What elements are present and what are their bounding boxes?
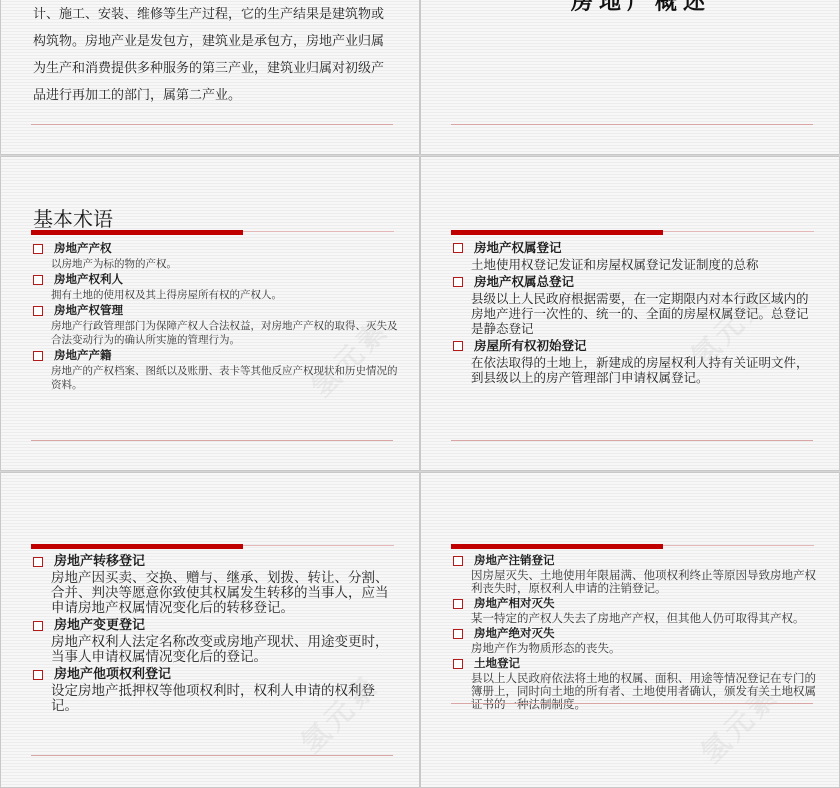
term-definition: 设定房地产抵押权等他项权利时，权利人申请的权利登记。: [33, 684, 398, 714]
checkbox-bullet-icon: [453, 629, 463, 639]
bottom-divider: [451, 440, 813, 441]
list-item: 房地产权属登记 土地使用权登记发证和房屋权属登记发证制度的总称: [453, 238, 818, 272]
term-heading: 房地产变更登记: [54, 616, 145, 635]
slide-title-clipped: 房地产概述: [571, 0, 711, 16]
checkbox-bullet-icon: [453, 277, 463, 287]
checkbox-bullet-icon: [33, 557, 43, 567]
bottom-divider: [451, 124, 813, 125]
title-underline-thick: [451, 230, 663, 235]
slide-thumbnail-4[interactable]: 房地产权属登记 土地使用权登记发证和房屋权属登记发证制度的总称 房地产权属总登记…: [420, 156, 840, 471]
term-heading: 房地产产籍: [54, 347, 112, 364]
slide-thumbnail-6[interactable]: 房地产注销登记 因房屋灭失、土地使用年限届满、他项权利终止等原因导致房地产权利丧…: [420, 472, 840, 788]
title-underline-thin: [663, 545, 814, 546]
term-heading: 房地产权利人: [54, 271, 123, 288]
list-item: 房地产产籍 房地产的产权档案、图纸以及账册、表卡等其他反应产权现状和历史情况的资…: [33, 347, 398, 392]
bottom-divider: [31, 440, 393, 441]
term-heading: 房地产权属登记: [474, 238, 562, 257]
term-definition: 因房屋灭失、土地使用年限届满、他项权利终止等原因导致房地产权利丧失时，原权利人申…: [453, 569, 818, 595]
term-list: 房地产产权 以房地产为标的物的产权。 房地产权利人 拥有土地的使用权及其上得房屋…: [33, 240, 398, 392]
term-definition: 房地产因买卖、交换、赠与、继承、划拨、转让、分割、合并、判决等愿意你致使其权属发…: [33, 571, 398, 616]
slide-title: 基本术语: [33, 203, 113, 232]
checkbox-bullet-icon: [33, 351, 43, 361]
term-heading: 房屋所有权初始登记: [474, 336, 587, 355]
term-heading: 房地产绝对灭失: [474, 625, 555, 642]
title-underline-thin: [663, 231, 814, 232]
bottom-divider: [31, 124, 393, 125]
list-item: 房地产产权 以房地产为标的物的产权。: [33, 240, 398, 271]
slide-thumbnail-5[interactable]: 房地产转移登记 房地产因买卖、交换、赠与、继承、划拨、转让、分割、合并、判决等愿…: [0, 472, 420, 788]
term-definition: 房地产行政管理部门为保障产权人合法权益，对房地产产权的取得、灭失及合法变动行为的…: [33, 319, 398, 347]
list-item: 房地产转移登记 房地产因买卖、交换、赠与、继承、划拨、转让、分割、合并、判决等愿…: [33, 552, 398, 616]
checkbox-bullet-icon: [453, 243, 463, 253]
checkbox-bullet-icon: [453, 659, 463, 669]
checkbox-bullet-icon: [33, 275, 43, 285]
checkbox-bullet-icon: [453, 341, 463, 351]
term-heading: 房地产相对灭失: [474, 595, 555, 612]
term-definition: 县以上人民政府依法将土地的权属、面积、用途等情况登记在专门的簿册上，同时向土地的…: [453, 672, 818, 711]
checkbox-bullet-icon: [33, 306, 43, 316]
slide-paragraph: 计、施工、安装、维修等生产过程，它的生产结果是建筑物或构筑物。房地产业是发包方，…: [33, 1, 393, 109]
term-definition: 县级以上人民政府根据需要，在一定期限内对本行政区域内的房地产进行一次性的、统一的…: [453, 291, 818, 336]
list-item: 房地产注销登记 因房屋灭失、土地使用年限届满、他项权利终止等原因导致房地产权利丧…: [453, 552, 818, 595]
term-definition: 某一特定的产权人失去了房地产产权，但其他人仍可取得其产权。: [453, 612, 818, 625]
term-heading: 房地产权管理: [54, 302, 123, 319]
list-item: 房地产权利人 拥有土地的使用权及其上得房屋所有权的产权人。: [33, 271, 398, 302]
bottom-divider: [31, 755, 393, 756]
list-item: 房地产权属总登记 县级以上人民政府根据需要，在一定期限内对本行政区域内的房地产进…: [453, 272, 818, 336]
list-item: 房地产他项权利登记 设定房地产抵押权等他项权利时，权利人申请的权利登记。: [33, 665, 398, 714]
checkbox-bullet-icon: [453, 599, 463, 609]
term-definition: 房地产的产权档案、图纸以及账册、表卡等其他反应产权现状和历史情况的资料。: [33, 364, 398, 392]
term-definition: 土地使用权登记发证和房屋权属登记发证制度的总称: [453, 257, 818, 272]
slide-thumbnail-1[interactable]: 计、施工、安装、维修等生产过程，它的生产结果是建筑物或构筑物。房地产业是发包方，…: [0, 0, 420, 155]
slide-thumbnail-2[interactable]: 房地产概述: [420, 0, 840, 155]
list-item: 房地产权管理 房地产行政管理部门为保障产权人合法权益，对房地产产权的取得、灭失及…: [33, 302, 398, 347]
term-heading: 房地产权属总登记: [474, 272, 574, 291]
term-heading: 房地产他项权利登记: [54, 665, 171, 684]
checkbox-bullet-icon: [453, 556, 463, 566]
list-item: 房屋所有权初始登记 在依法取得的土地上，新建成的房屋权利人持有关证明文件，到县级…: [453, 336, 818, 385]
term-definition: 在依法取得的土地上，新建成的房屋权利人持有关证明文件，到县级以上的房产管理部门申…: [453, 355, 818, 385]
term-definition: 以房地产为标的物的产权。: [33, 257, 398, 271]
title-underline-thin: [243, 231, 394, 232]
term-definition: 房地产权利人法定名称改变或房地产现状、用途变更时，当事人申请权属情况变化后的登记…: [33, 635, 398, 665]
term-list: 房地产注销登记 因房屋灭失、土地使用年限届满、他项权利终止等原因导致房地产权利丧…: [453, 552, 818, 711]
title-underline-thick: [31, 230, 243, 235]
slide-thumbnail-3[interactable]: 基本术语 房地产产权 以房地产为标的物的产权。 房地产权利人 拥有土地的使用权及…: [0, 156, 420, 471]
checkbox-bullet-icon: [33, 621, 43, 631]
term-heading: 房地产转移登记: [54, 552, 145, 571]
term-definition: 拥有土地的使用权及其上得房屋所有权的产权人。: [33, 288, 398, 302]
title-underline-thick: [451, 544, 663, 549]
bottom-divider: [451, 703, 813, 704]
title-underline-thick: [31, 544, 243, 549]
list-item: 房地产绝对灭失 房地产作为物质形态的丧失。: [453, 625, 818, 655]
term-list: 房地产权属登记 土地使用权登记发证和房屋权属登记发证制度的总称 房地产权属总登记…: [453, 238, 818, 385]
term-heading: 房地产产权: [54, 240, 112, 257]
checkbox-bullet-icon: [33, 244, 43, 254]
checkbox-bullet-icon: [33, 670, 43, 680]
term-list: 房地产转移登记 房地产因买卖、交换、赠与、继承、划拨、转让、分割、合并、判决等愿…: [33, 552, 398, 714]
title-underline-thin: [243, 545, 394, 546]
term-heading: 房地产注销登记: [474, 552, 555, 569]
term-heading: 土地登记: [474, 655, 520, 672]
term-definition: 房地产作为物质形态的丧失。: [453, 642, 818, 655]
list-item: 房地产变更登记 房地产权利人法定名称改变或房地产现状、用途变更时，当事人申请权属…: [33, 616, 398, 665]
list-item: 房地产相对灭失 某一特定的产权人失去了房地产产权，但其他人仍可取得其产权。: [453, 595, 818, 625]
